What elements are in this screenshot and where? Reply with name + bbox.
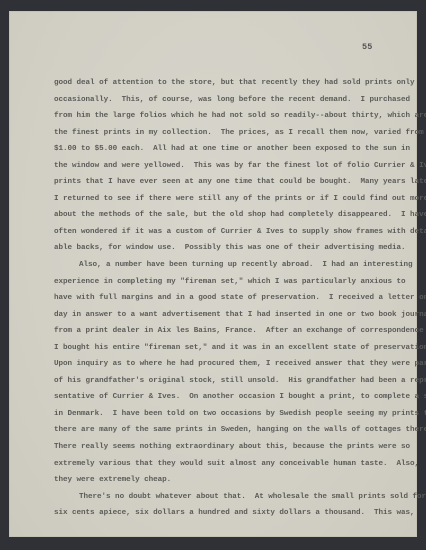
page-number: 55 bbox=[362, 42, 373, 52]
document-page: 55 good deal of attention to the store, … bbox=[10, 12, 416, 536]
text-line: able backs, for window use. Possibly thi… bbox=[54, 240, 404, 257]
text-line: have with full margins and in a good sta… bbox=[54, 290, 404, 307]
text-line: often wondered if it was a custom of Cur… bbox=[54, 224, 404, 241]
paragraph-start-line: Also, a number have been turning up rece… bbox=[54, 257, 404, 274]
text-line: in Denmark. I have been told on two occa… bbox=[54, 406, 404, 423]
text-line: $1.00 to $5.00 each. All had at one time… bbox=[54, 141, 404, 158]
text-line: six cents apiece, six dollars a hundred … bbox=[54, 505, 404, 522]
text-line: about the methods of the sale, but the o… bbox=[54, 207, 404, 224]
text-line: from a print dealer in Aix les Bains, Fr… bbox=[54, 323, 404, 340]
body-text: good deal of attention to the store, but… bbox=[54, 75, 404, 522]
text-line: the window and were yellowed. This was b… bbox=[54, 158, 404, 175]
text-line: they were extremely cheap. bbox=[54, 472, 404, 489]
text-line: day in answer to a want advertisement th… bbox=[54, 307, 404, 324]
text-line: Upon inquiry as to where he had procured… bbox=[54, 356, 404, 373]
text-line: of his grandfather's original stock, sti… bbox=[54, 373, 404, 390]
text-line: extremely various that they would suit a… bbox=[54, 456, 404, 473]
text-line: prints that I have ever seen at any one … bbox=[54, 174, 404, 191]
text-line: there are many of the same prints in Swe… bbox=[54, 422, 404, 439]
text-line: the finest prints in my collection. The … bbox=[54, 125, 404, 142]
paragraph-start-line: There's no doubt whatever about that. At… bbox=[54, 489, 404, 506]
text-line: There really seems nothing extraordinary… bbox=[54, 439, 404, 456]
text-line: from him the large folios which he had n… bbox=[54, 108, 404, 125]
text-line: experience in completing my "fireman set… bbox=[54, 274, 404, 291]
text-line: sentative of Currier & Ives. On another … bbox=[54, 389, 404, 406]
text-line: occasionally. This, of course, was long … bbox=[54, 92, 404, 109]
text-line: I returned to see if there were still an… bbox=[54, 191, 404, 208]
text-line: I bought his entire "fireman set," and i… bbox=[54, 340, 404, 357]
text-line: good deal of attention to the store, but… bbox=[54, 75, 404, 92]
